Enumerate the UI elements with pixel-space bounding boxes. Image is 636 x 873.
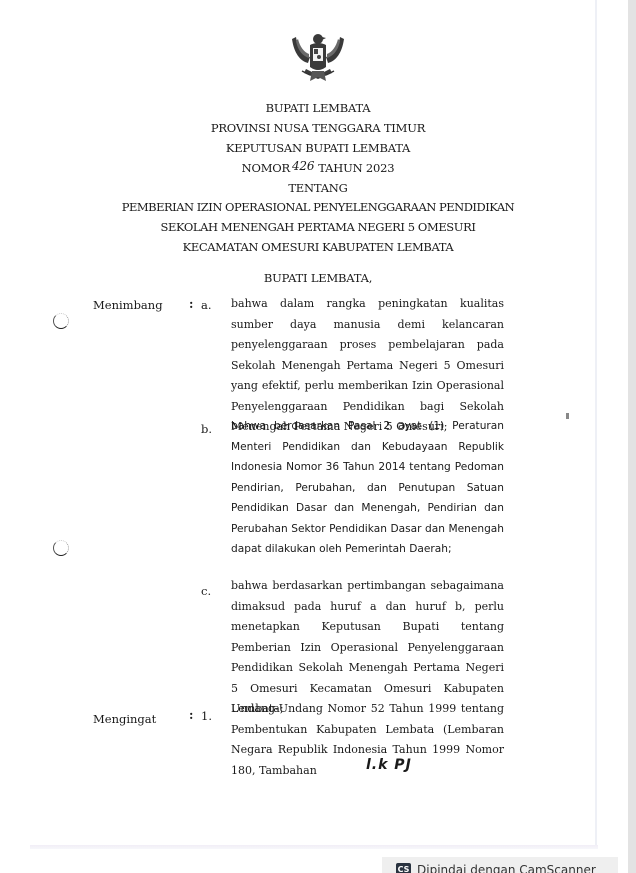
header-bupati: BUPATI LEMBATA (0, 101, 636, 115)
decree-title-line1: PEMBERIAN IZIN OPERASIONAL PENYELENGGARA… (0, 200, 636, 214)
menimbang-label: Menimbang (93, 298, 163, 312)
consideration-c: bahwa berdasarkan pertimbangan sebagaima… (231, 576, 504, 720)
nomor-prefix: NOMOR (242, 161, 290, 175)
punch-hole-mark (53, 540, 69, 556)
decree-title-line3: KECAMATAN OMESURI KABUPATEN LEMBATA (0, 240, 636, 254)
handwritten-initials: l.k PJ (366, 757, 412, 773)
menimbang-colon: : (189, 297, 193, 311)
nomor-year: TAHUN 2023 (318, 161, 394, 175)
item-b-marker: b. (201, 422, 212, 436)
item-1-marker: 1. (201, 709, 212, 723)
header-tentang: TENTANG (0, 181, 636, 195)
item-a-marker: a. (201, 298, 212, 312)
header-decree-number: NOMOR426TAHUN 2023 (0, 161, 636, 175)
scan-speck (566, 413, 569, 419)
header-decree-type: KEPUTUSAN BUPATI LEMBATA (0, 141, 636, 155)
mengingat-label: Mengingat (93, 712, 156, 726)
watermark-text: Dipindai dengan CamScanner (417, 863, 596, 873)
nomor-value-handwritten: 426 (292, 159, 314, 173)
garuda-emblem-icon (288, 27, 348, 83)
camscanner-logo-icon: CS (396, 863, 411, 873)
consideration-b: bahwa berdasarkan Pasal 2 ayat (1) Perat… (231, 416, 504, 560)
header-province: PROVINSI NUSA TENGGARA TIMUR (0, 121, 636, 135)
item-c-marker: c. (201, 584, 211, 598)
authority-line: BUPATI LEMBATA, (0, 271, 636, 285)
decree-title-line2: SEKOLAH MENENGAH PERTAMA NEGERI 5 OMESUR… (0, 220, 636, 234)
punch-hole-mark (53, 313, 69, 329)
camscanner-watermark: CS Dipindai dengan CamScanner (382, 857, 618, 873)
paper-bottom-edge (30, 845, 598, 849)
mengingat-colon: : (189, 708, 193, 722)
